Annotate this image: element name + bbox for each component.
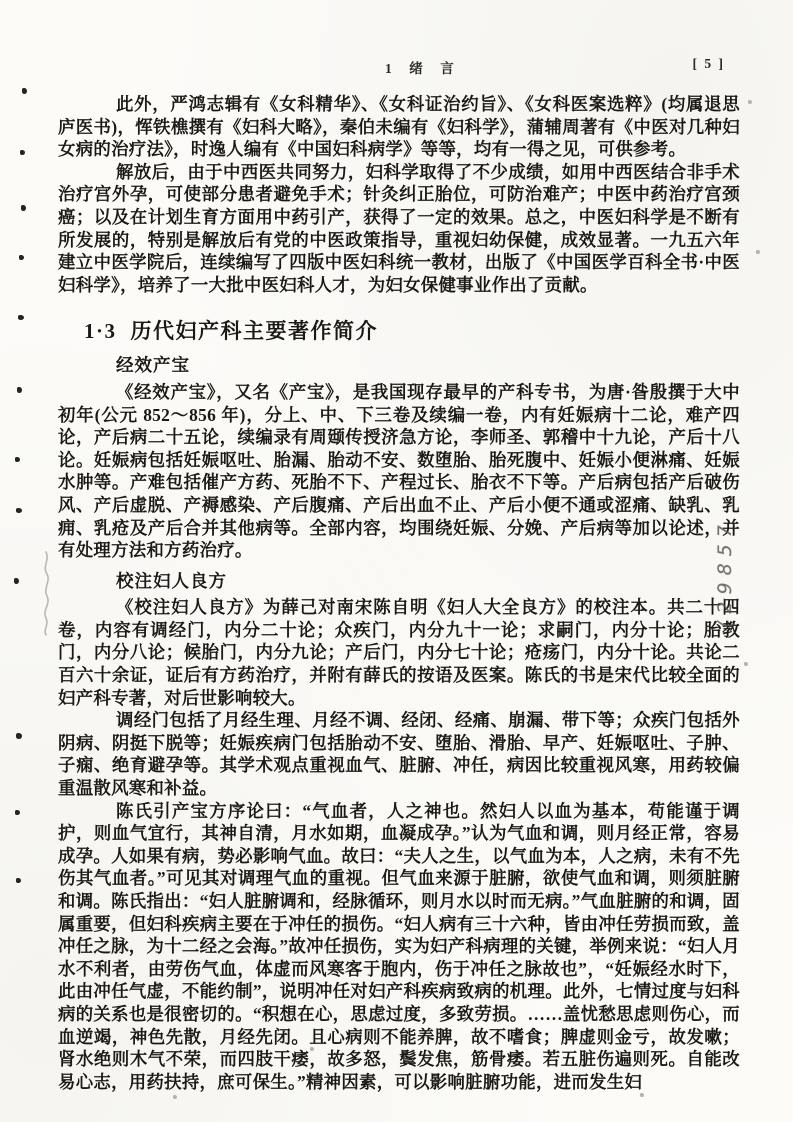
section-heading: 1·3历代妇产科主要著作简介	[84, 318, 740, 344]
scan-speck	[16, 508, 22, 513]
paragraph-jiaozhu-2: 调经门包括了月经生理、月经不调、经闭、经痛、崩漏、带下等；众疾门包括外阴病、阴挺…	[58, 709, 740, 799]
paragraph-jingxiaochanbao: 《经效产宝》，又名《产宝》，是我国现存最早的产科专书，为唐·昝殷撰于大中初年(公…	[58, 381, 740, 562]
scan-speck	[18, 315, 24, 320]
scan-speck	[22, 88, 27, 94]
paragraph-jiaozhu-1: 《校注妇人良方》为薛己对南宋陈自明《妇人大全良方》的校注本。共二十四卷，内容有调…	[58, 596, 740, 709]
section-number: 1·3	[84, 319, 117, 343]
scan-speck	[15, 810, 20, 815]
scan-speck	[173, 1095, 177, 1099]
scan-speck	[21, 205, 26, 211]
running-header: 1 绪 言 [ 5 ]	[0, 57, 793, 77]
book-title-jingxiaochanbao: 经效产宝	[116, 354, 740, 377]
scan-speck	[19, 255, 24, 260]
scan-speck	[14, 578, 19, 584]
paragraph-jiaozhu-3: 陈氏引产宝方序论曰：“气血者，人之神也。然妇人以血为基本，苟能谨于调护，则血气宜…	[58, 800, 740, 1094]
scan-speck	[16, 733, 22, 739]
section-title: 历代妇产科主要著作简介	[131, 319, 379, 343]
chapter-header: 1 绪 言	[385, 57, 456, 77]
scan-speck	[20, 150, 25, 155]
scan-speck	[17, 387, 22, 393]
scan-speck	[756, 250, 760, 254]
handwritten-accession-number: (29857	[714, 496, 738, 628]
scanned-book-page: 1 绪 言 [ 5 ] 此外，严鸿志辑有《女科精华》、《女科证治约旨》、《女科医…	[0, 0, 793, 1122]
scan-speck	[640, 1093, 644, 1097]
paragraph-intro-1: 此外，严鸿志辑有《女科精华》、《女科证治约旨》、《女科医案选粹》(均属退思庐医书…	[58, 93, 740, 161]
paragraph-intro-2: 解放后，由于中西医共同努力，妇科学取得了不少成绩，如用中西医结合非手术治疗宫外孕…	[58, 161, 740, 297]
scan-speck	[15, 457, 20, 462]
scan-speck	[310, 1047, 314, 1051]
scan-speck	[748, 100, 752, 104]
book-title-jiaozhufurenliangfang: 校注妇人良方	[116, 570, 740, 593]
page-body: 此外，严鸿志辑有《女科精华》、《女科证治约旨》、《女科医案选粹》(均属退思庐医书…	[58, 93, 740, 1093]
scan-speck	[16, 878, 21, 883]
scan-speck	[744, 662, 748, 666]
pencil-squiggle-mark	[38, 550, 54, 636]
page-number: [ 5 ]	[693, 56, 726, 72]
